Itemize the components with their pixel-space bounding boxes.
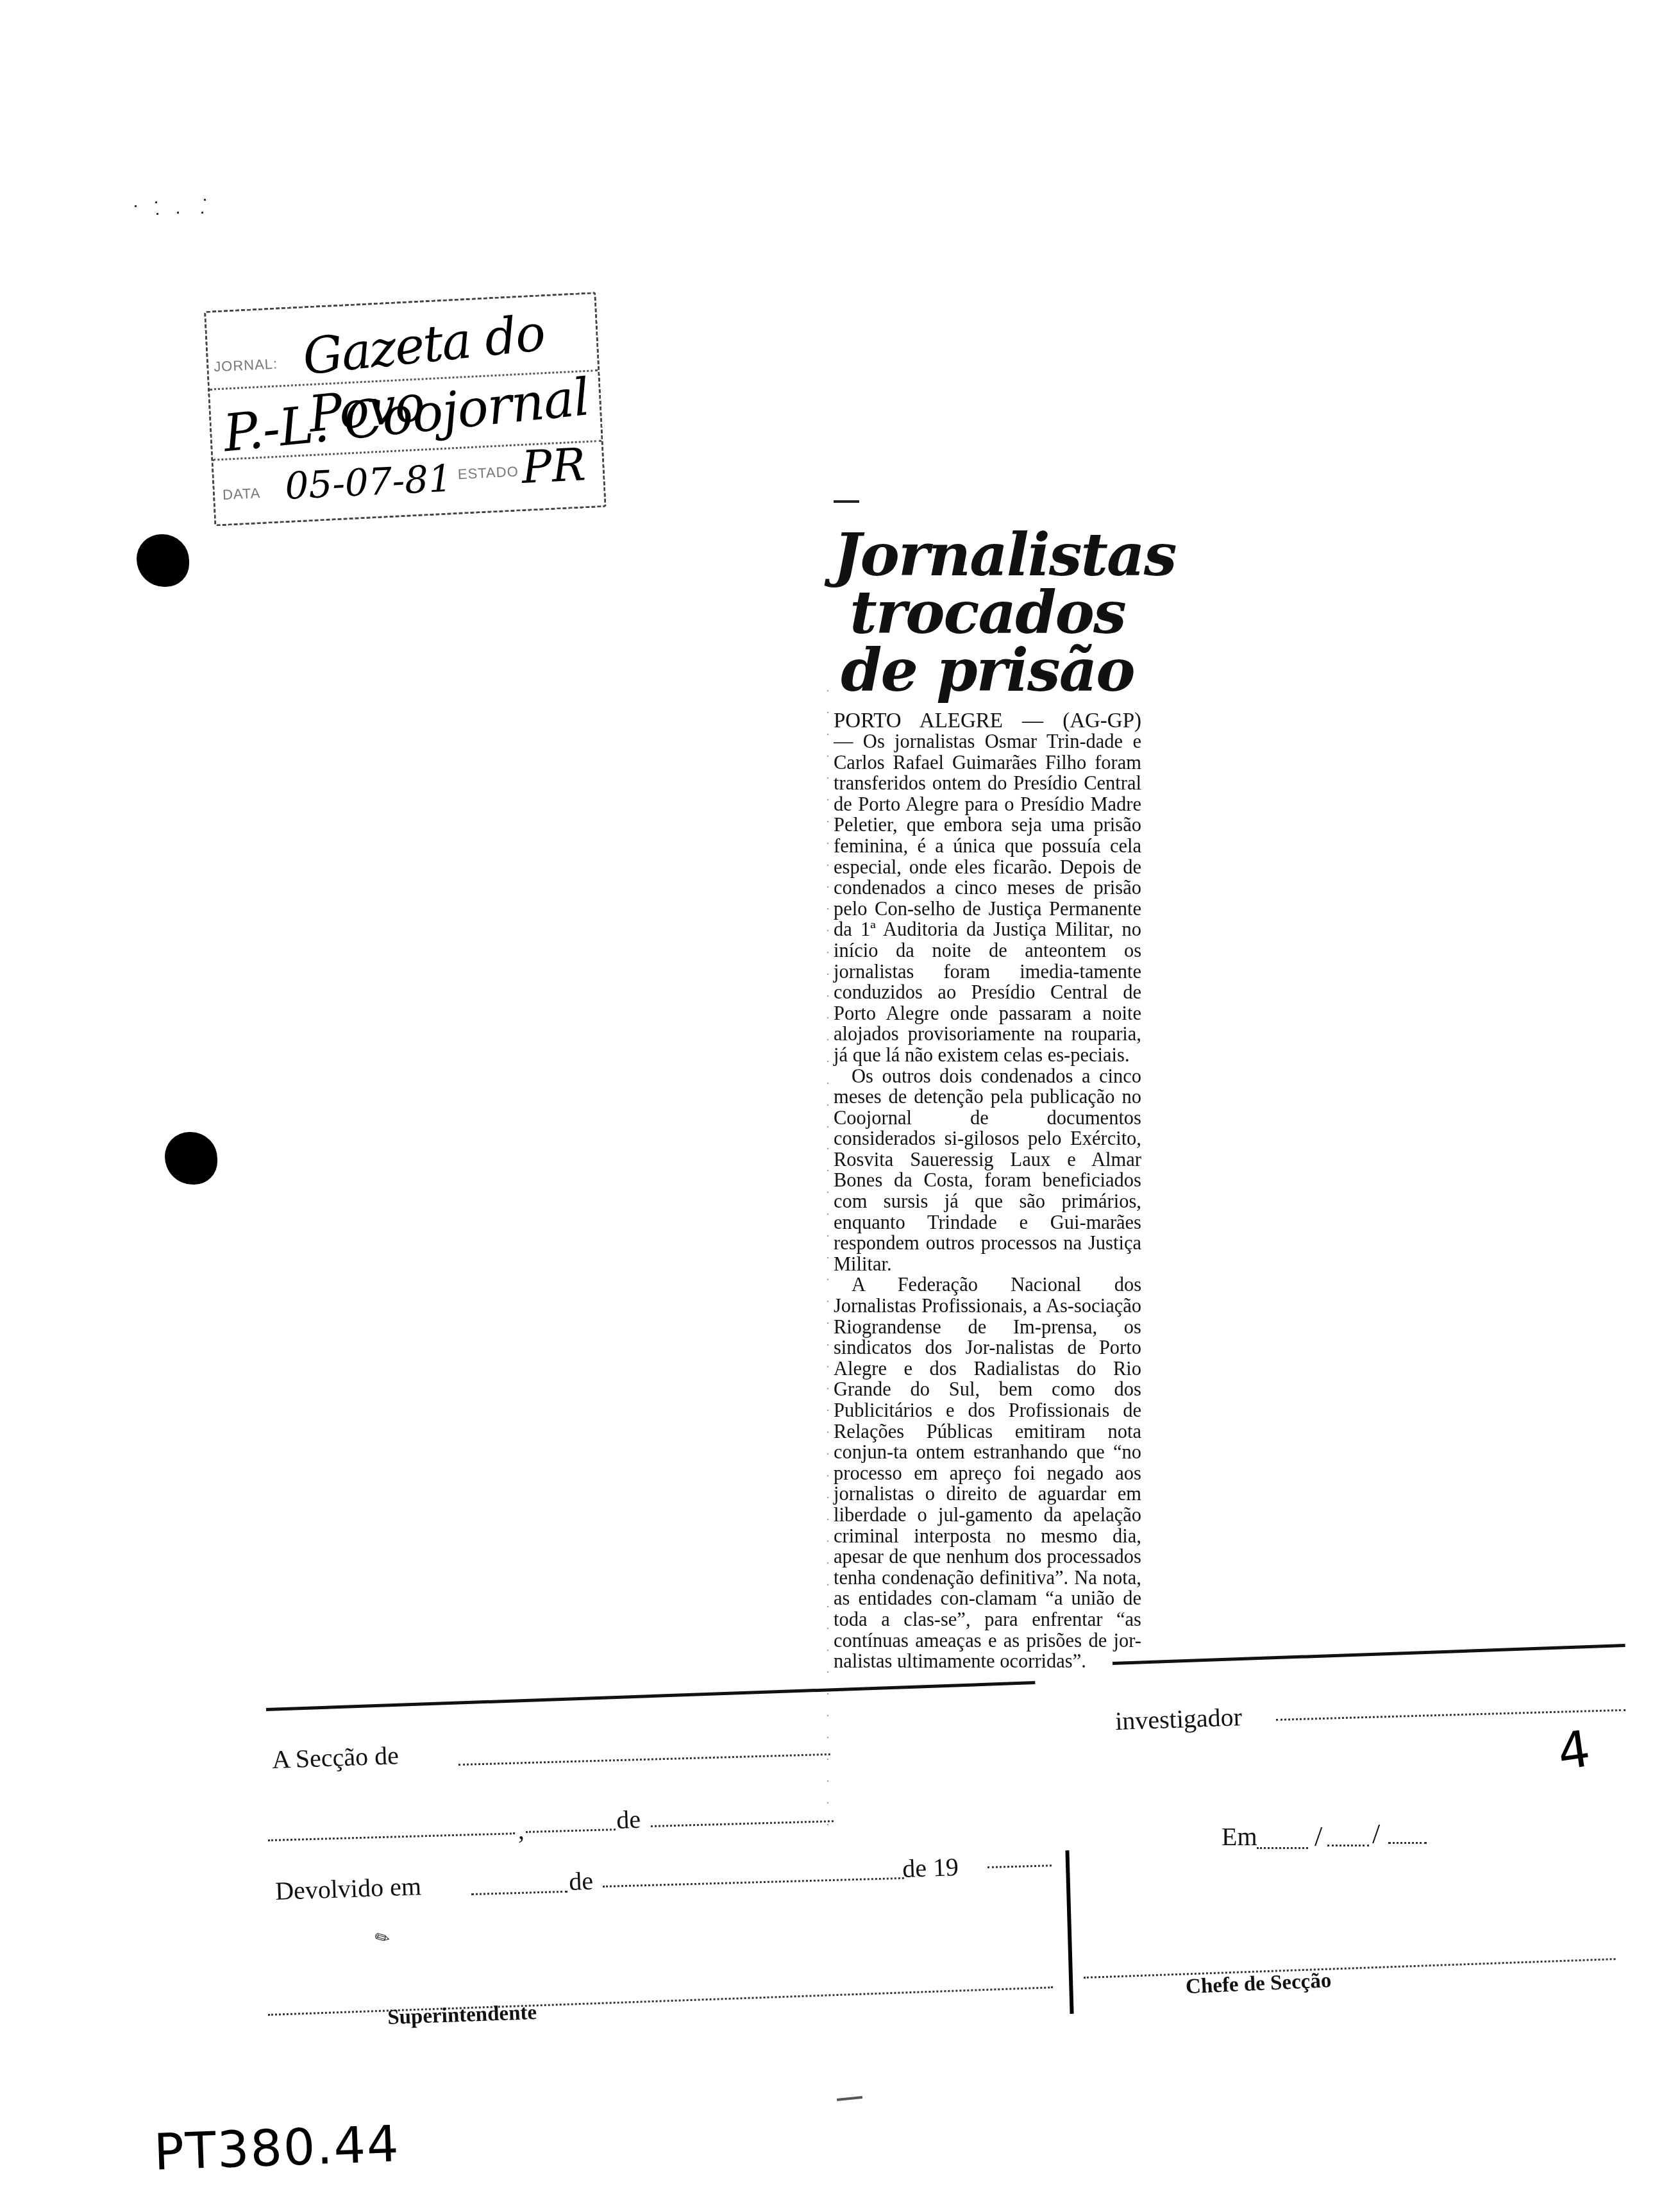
pen-mark: ✎ [371,1925,394,1951]
punch-hole [165,1132,217,1185]
superintendente-signature-line[interactable] [268,1986,1053,2016]
em-year-field[interactable] [1388,1842,1427,1844]
em-month-field[interactable] [1327,1845,1369,1846]
form-divider-rule [266,1681,1035,1711]
superintendente-label: Superintendente [387,2001,537,2030]
de-label: de [568,1866,593,1897]
year-field[interactable] [987,1864,1052,1868]
newspaper-clipping: Jornalistas trocados de prisão PORTO ALE… [834,500,1141,1672]
devolvido-month-field[interactable] [603,1877,904,1888]
headline-line: de prisão [834,641,1141,699]
article-byline: PORTO ALEGRE — (AG-GP) [834,711,1141,731]
headline-line: Jornalistas [834,526,1141,584]
month-field[interactable] [651,1820,834,1827]
investigador-label: investigador [1114,1702,1242,1736]
day-field[interactable] [526,1829,616,1833]
handwritten-page-number: 4 [1554,1720,1594,1782]
form-divider-rule [1113,1644,1625,1665]
seccao-label: A Secção de [271,1740,399,1775]
article-body: — Os jornalistas Osmar Trin-dade e Carlo… [834,731,1141,1672]
scan-specks [135,199,224,224]
place-field[interactable] [268,1832,515,1841]
date-separator: / [1315,1820,1322,1853]
headline-line: trocados [834,584,1141,641]
clipping-stamp: JORNAL: Gazeta do Povo P.-L. Coojornal D… [204,292,607,526]
seccao-field[interactable] [458,1753,830,1766]
chefe-signature-line[interactable] [1084,1958,1616,1979]
article-paragraph: A Federação Nacional dos Jornalistas Pro… [834,1274,1141,1671]
article-headline: Jornalistas trocados de prisão [834,526,1141,699]
data-handwritten-value: 05-07-81 [284,456,453,508]
comma-separator: , [518,1815,525,1845]
investigador-field[interactable] [1276,1709,1625,1721]
em-day-field[interactable] [1257,1847,1308,1849]
estado-label: Estado [457,463,519,483]
date-separator: / [1372,1818,1380,1850]
scan-mark [837,2096,862,2101]
clipping-cut-edge [826,680,830,1834]
de-label: de [616,1804,641,1835]
estado-handwritten-value: PR [521,438,587,494]
form-vertical-divider [1065,1850,1073,2014]
devolvido-day-field[interactable] [471,1891,567,1895]
devolvido-label: Devolvido em [274,1871,421,1906]
data-label: Data [222,485,261,503]
jornal-label: JORNAL: [214,355,278,375]
archive-reference-code: PT380.44 [153,2115,401,2181]
em-label: Em [1222,1821,1257,1852]
article-paragraph: — Os jornalistas Osmar Trin-dade e Carlo… [834,731,1141,1066]
de-19-label: de 19 [902,1852,959,1884]
punch-hole [137,534,189,587]
article-paragraph: Os outros dois condenados a cinco meses … [834,1066,1141,1275]
